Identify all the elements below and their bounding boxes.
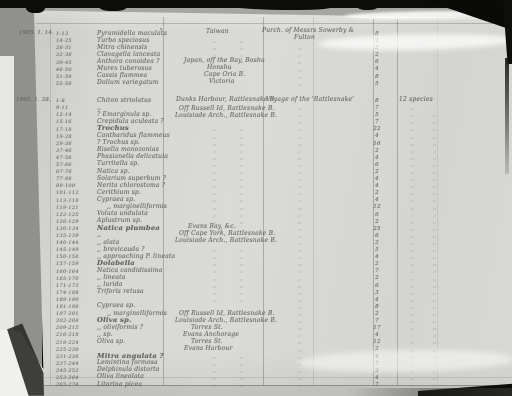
ditto-mark: ,,	[213, 142, 216, 148]
ditto-mark: ,,	[298, 113, 301, 119]
ditto-mark: ,,	[298, 149, 301, 155]
row-specimen-count: 2	[369, 38, 385, 44]
row-registration-range: 119-121	[56, 205, 79, 211]
ditto-mark: ,,	[298, 75, 301, 81]
ditto-mark: ,,	[433, 305, 436, 311]
ditto-mark: ,,	[433, 163, 436, 169]
ditto-mark: ,,	[240, 156, 243, 162]
ditto-mark: ,,	[411, 113, 414, 119]
row-specimen-count: 4	[369, 375, 385, 381]
ditto-mark: ,,	[240, 376, 243, 382]
row-specimen-count: 6	[369, 283, 385, 289]
row-specimen-count: 4	[369, 183, 385, 189]
ditto-mark: ,,	[411, 220, 414, 226]
ditto-mark: ,,	[433, 326, 436, 332]
ditto-mark: ,,	[298, 106, 301, 112]
locality-annotation: Purch. of Messrs Sowerby &	[262, 28, 354, 34]
ditto-mark: ,,	[411, 362, 414, 368]
ditto-mark: ,,	[411, 206, 414, 212]
row-specimen-count: 3	[369, 290, 385, 296]
row-species-name: Murex tuberosus	[97, 66, 152, 72]
row-specimen-count: 7	[369, 105, 385, 111]
ditto-mark: ,,	[433, 348, 436, 354]
ditto-mark: ,,	[213, 156, 216, 162]
row-registration-range: 174-188	[56, 290, 79, 296]
ditto-mark: ,,	[240, 298, 243, 304]
ditto-mark: ,,	[411, 305, 414, 311]
row-specimen-count: 4	[369, 254, 385, 260]
row-species-name: ,, alata	[97, 240, 119, 246]
row-species-name: Phasianella delicatula	[97, 154, 168, 160]
ditto-mark: ,,	[240, 170, 243, 176]
row-registration-range: 77-88	[56, 176, 72, 182]
ditto-mark: ,,	[411, 255, 414, 261]
ditto-mark: ,,	[240, 248, 243, 254]
row-specimen-count: 8	[369, 31, 385, 37]
row-specimen-count: 12	[369, 204, 385, 210]
row-species-name: Natica plumbea	[97, 225, 160, 231]
ditto-mark: ,,	[411, 319, 414, 325]
row-species-name: Cassis flammea	[97, 73, 147, 79]
ditto-mark: ,,	[411, 312, 414, 318]
ditto-mark: ,,	[411, 170, 414, 176]
row-species-name: Risella monozonias	[97, 147, 159, 153]
row-registration-range: 51-54	[56, 74, 72, 80]
ditto-mark: ,,	[240, 142, 243, 148]
ditto-mark: ,,	[298, 269, 301, 275]
ditto-mark: ,,	[411, 127, 414, 133]
ditto-mark: ,,	[240, 149, 243, 155]
row-registration-range: 191-196	[56, 304, 79, 310]
ditto-mark: ,,	[240, 355, 243, 361]
ditto-mark: ,,	[298, 298, 301, 304]
accession-number: 1905. 1. 28.	[16, 97, 51, 103]
ditto-mark: ,,	[433, 170, 436, 176]
ditto-mark: ,,	[433, 248, 436, 254]
row-species-name: Anthora conoidea ?	[97, 59, 160, 65]
ditto-mark: ,,	[213, 376, 216, 382]
row-species-name: Litorina picea	[97, 382, 142, 388]
ditto-mark: ,,	[213, 255, 216, 261]
row-registration-range: 253-264	[56, 375, 79, 381]
row-specimen-count: 4	[369, 176, 385, 182]
row-species-name: ,, lurida	[97, 282, 123, 288]
row-registration-range: 126-129	[56, 219, 79, 225]
row-species-name: Cerithium sp.	[97, 190, 141, 196]
ditto-mark: ,,	[411, 298, 414, 304]
row-specimen-count: 6	[369, 233, 385, 239]
row-specimen-count: 8	[369, 74, 385, 80]
row-specimen-count: 7	[369, 382, 385, 388]
row-species-name: Trochus	[97, 125, 129, 131]
row-species-name: ? Trochus sp.	[97, 140, 140, 146]
ditto-mark: ,,	[433, 184, 436, 190]
locality-annotation: Honshu	[207, 65, 232, 71]
row-registration-range: 237-244	[56, 361, 79, 367]
row-species-name: Chiton striolatus	[97, 98, 151, 104]
ditto-mark: ,,	[240, 39, 243, 45]
ditto-mark: ,,	[298, 376, 301, 382]
ditto-mark: ,,	[213, 198, 216, 204]
ditto-mark: ,,	[213, 46, 216, 52]
row-specimen-count: 2	[369, 261, 385, 267]
row-registration-range: 150-156	[56, 254, 79, 260]
row-species-name: Dolabella	[97, 260, 135, 266]
ditto-mark: ,,	[433, 376, 436, 382]
ditto-mark: ,,	[411, 213, 414, 219]
ditto-mark: ,,	[213, 206, 216, 212]
ditto-mark: ,,	[298, 383, 301, 389]
row-species-name: Pyramidella maculata	[97, 31, 167, 37]
row-registration-range: 14-25	[56, 38, 72, 44]
ditto-mark: ,,	[298, 46, 301, 52]
ditto-mark: ,,	[213, 127, 216, 133]
row-species-name: Cypraea sp.	[97, 197, 135, 203]
row-species-name: Voluta undulata	[97, 211, 148, 217]
row-registration-range: 189-190	[56, 297, 79, 303]
ditto-mark: ,,	[213, 213, 216, 219]
ditto-mark: ,,	[411, 284, 414, 290]
ditto-mark: ,,	[298, 184, 301, 190]
ditto-mark: ,,	[411, 135, 414, 141]
row-specimen-count: 2	[369, 219, 385, 225]
row-species-name: Natica sp.	[97, 169, 130, 175]
ditto-mark: ,,	[213, 383, 216, 389]
ditto-mark: ,,	[433, 234, 436, 240]
ditto-mark: ,,	[411, 227, 414, 233]
ditto-mark: ,,	[213, 362, 216, 368]
row-specimen-count: 12	[369, 339, 385, 345]
row-species-name: ,, brevicauda ?	[97, 247, 145, 253]
ditto-mark: ,,	[411, 248, 414, 254]
row-species-name: Mitra angulata ?	[97, 353, 164, 359]
ditto-mark: ,,	[411, 369, 414, 375]
row-registration-range: 46-50	[56, 67, 72, 73]
ditto-mark: ,,	[433, 291, 436, 297]
row-specimen-count: 2	[369, 148, 385, 154]
row-registration-range: 9-11	[56, 105, 68, 111]
ditto-mark: ,,	[433, 177, 436, 183]
row-registration-range: 57-66	[56, 162, 72, 168]
ditto-mark: ,,	[213, 369, 216, 375]
ditto-mark: ,,	[240, 369, 243, 375]
ditto-mark: ,,	[298, 277, 301, 283]
ditto-mark: ,,	[213, 191, 216, 197]
row-registration-range: 265-274	[56, 382, 79, 388]
ditto-mark: ,,	[240, 191, 243, 197]
locality-annotation: Louisiade Arch., Rattlesnake B.	[175, 238, 277, 244]
ditto-mark: ,,	[433, 135, 436, 141]
row-species-name: Oliva sp.	[97, 317, 132, 323]
row-registration-range: 130-134	[56, 226, 79, 232]
ditto-mark: ,,	[411, 340, 414, 346]
ditto-mark: ,,	[298, 82, 301, 88]
accession-number: 1905. 1. 14.	[19, 30, 54, 36]
ditto-mark: ,,	[240, 220, 243, 226]
ditto-mark: ,,	[433, 198, 436, 204]
row-specimen-count: 2	[369, 190, 385, 196]
ditto-mark: ,,	[298, 255, 301, 261]
row-specimen-count: 16	[369, 141, 385, 147]
row-specimen-count: 6	[369, 212, 385, 218]
ditto-mark: ,,	[298, 241, 301, 247]
ditto-mark: ,,	[411, 291, 414, 297]
handwriting-layer: 1905. 1. 14.1905. 1. 28.1-13Pyramidella …	[0, 0, 512, 396]
locality-annotation: Evans Harbour	[184, 346, 233, 352]
row-registration-range: 135-139	[56, 233, 79, 239]
ditto-mark: ,,	[411, 241, 414, 247]
ditto-mark: ,,	[240, 135, 243, 141]
row-species-name: ,, lineata	[97, 275, 126, 281]
ditto-mark: ,,	[240, 213, 243, 219]
row-specimen-count: 5	[369, 81, 385, 87]
ditto-mark: ,,	[433, 333, 436, 339]
ditto-mark: ,,	[433, 241, 436, 247]
row-specimen-count: 6	[369, 162, 385, 168]
locality-annotation: Victoria	[209, 79, 235, 85]
ditto-mark: ,,	[433, 277, 436, 283]
row-registration-range: 160-164	[56, 269, 79, 275]
ditto-mark: ,,	[433, 127, 436, 133]
row-specimen-count: 8	[369, 98, 385, 104]
ditto-mark: ,,	[213, 269, 216, 275]
ditto-mark: ,,	[213, 39, 216, 45]
row-species-name: Cantharidus flammeus	[97, 133, 170, 139]
ditto-mark: ,,	[240, 206, 243, 212]
row-registration-range: 47-56	[56, 155, 72, 161]
ditto-mark: ,,	[433, 227, 436, 233]
ditto-mark: ,,	[298, 206, 301, 212]
ditto-mark: ,,	[298, 291, 301, 297]
row-registration-range: 101-112	[56, 190, 79, 196]
ditto-mark: ,,	[411, 184, 414, 190]
ditto-mark: ,,	[411, 163, 414, 169]
ditto-mark: ,,	[298, 177, 301, 183]
ditto-mark: ,,	[298, 262, 301, 268]
row-registration-range: 219-224	[56, 340, 79, 346]
ditto-mark: ,,	[411, 198, 414, 204]
ditto-mark: ,,	[411, 120, 414, 126]
ditto-mark: ,,	[213, 184, 216, 190]
ditto-mark: ,,	[298, 348, 301, 354]
row-specimen-count: 5	[369, 247, 385, 253]
ditto-mark: ,,	[213, 277, 216, 283]
ditto-mark: ,,	[213, 262, 216, 268]
ditto-mark: ,,	[298, 234, 301, 240]
row-specimen-count: 22	[369, 126, 385, 132]
locality-annotation: x	[160, 26, 162, 32]
ditto-mark: ,,	[298, 312, 301, 318]
ditto-mark: ,,	[433, 206, 436, 212]
scanner-shadow-bottom-strip	[346, 388, 512, 396]
row-registration-range: 157-159	[56, 261, 79, 267]
scanner-shadow-tab-3	[357, 0, 378, 10]
ditto-mark: ,,	[433, 220, 436, 226]
ditto-mark: ,,	[213, 163, 216, 169]
row-registration-range: 202-208	[56, 318, 79, 324]
ditto-mark: ,,	[213, 149, 216, 155]
ditto-mark: ,,	[240, 198, 243, 204]
row-species-name: ,, sp.	[97, 332, 113, 338]
row-specimen-count: 8	[369, 304, 385, 310]
row-species-name: Delphinula distorta	[97, 367, 160, 373]
ditto-mark: ,,	[433, 255, 436, 261]
ditto-mark: ,,	[213, 248, 216, 254]
ditto-mark: ,,	[298, 142, 301, 148]
ditto-mark: ,,	[240, 46, 243, 52]
row-species-name: Oliva lineolata	[97, 374, 144, 380]
ditto-mark: ,,	[298, 163, 301, 169]
ditto-mark: ,,	[411, 142, 414, 148]
row-specimen-count: 2	[369, 240, 385, 246]
ditto-mark: ,,	[240, 262, 243, 268]
row-species-name: Cypraea sp.	[97, 303, 135, 309]
row-registration-range: 37-46	[56, 148, 72, 154]
row-specimen-count: 4	[369, 354, 385, 360]
row-specimen-count: 7	[369, 268, 385, 274]
ditto-mark: ,,	[411, 106, 414, 112]
ditto-mark: ,,	[298, 60, 301, 66]
ditto-mark: ,,	[298, 284, 301, 290]
row-registration-range: 67-76	[56, 169, 72, 175]
row-registration-range: 1-13	[56, 31, 68, 37]
row-registration-range: 55-58	[56, 81, 72, 87]
row-specimen-count: 4	[369, 197, 385, 203]
ditto-mark: ,,	[240, 291, 243, 297]
ditto-mark: ,,	[411, 156, 414, 162]
ditto-mark: ,,	[298, 68, 301, 74]
ditto-mark: ,,	[433, 362, 436, 368]
row-species-name: Solarium superbum ?	[97, 176, 166, 182]
ditto-mark: ,,	[411, 149, 414, 155]
ditto-mark: ,,	[433, 319, 436, 325]
ditto-mark: ,,	[298, 227, 301, 233]
row-registration-range: 197-201	[56, 311, 79, 317]
ditto-mark: ,,	[433, 142, 436, 148]
ditto-mark: ,,	[433, 191, 436, 197]
ditto-mark: ,,	[433, 113, 436, 119]
ditto-mark: ,,	[298, 120, 301, 126]
ditto-mark: ,,	[213, 170, 216, 176]
row-registration-range: 231-236	[56, 354, 79, 360]
row-registration-range: 1-8	[56, 98, 65, 104]
row-specimen-count: 5	[369, 112, 385, 118]
ditto-mark: ,,	[298, 170, 301, 176]
ditto-mark: ,,	[411, 355, 414, 361]
ditto-mark: ,,	[213, 284, 216, 290]
scanner-shadow-tab-2	[99, 0, 127, 11]
locality-annotation: Japan, off the Bay, Boshu	[184, 58, 265, 64]
ditto-mark: ,,	[240, 362, 243, 368]
ditto-mark: ,,	[213, 355, 216, 361]
row-specimen-count: 2	[369, 346, 385, 352]
ditto-mark: ,,	[298, 156, 301, 162]
row-registration-range: 171-173	[56, 283, 79, 289]
row-species-name: Nerita chlorostoma ?	[97, 183, 165, 189]
row-registration-range: 225-230	[56, 347, 79, 353]
row-species-name: ,,	[97, 105, 101, 111]
row-registration-range: 140-144	[56, 240, 79, 246]
ditto-mark: ,,	[240, 277, 243, 283]
ditto-mark: ,,	[213, 291, 216, 297]
ditto-mark: ,,	[240, 177, 243, 183]
locality-annotation: Cape Oria B.	[204, 72, 245, 78]
row-registration-range: 26-31	[56, 45, 72, 51]
ditto-mark: ,,	[411, 262, 414, 268]
row-specimen-count: 4	[369, 332, 385, 338]
row-specimen-count: 2	[369, 169, 385, 175]
row-specimen-count: 4	[369, 155, 385, 161]
ditto-mark: ,,	[298, 362, 301, 368]
ditto-mark: ,,	[411, 191, 414, 197]
ditto-mark: ,,	[411, 269, 414, 275]
ditto-mark: ,,	[240, 383, 243, 389]
row-registration-range: 145-149	[56, 247, 79, 253]
row-registration-range: 15-16	[56, 119, 72, 125]
ditto-mark: ,,	[298, 369, 301, 375]
row-specimen-count: 4	[369, 297, 385, 303]
row-specimen-count: 25	[369, 226, 385, 232]
ditto-mark: ,,	[298, 220, 301, 226]
ditto-mark: ,,	[213, 298, 216, 304]
row-registration-range: 19-28	[56, 134, 72, 140]
ditto-mark: ,,	[433, 312, 436, 318]
ditto-mark: ,,	[298, 355, 301, 361]
ditto-mark: ,,	[433, 213, 436, 219]
row-specimen-count: 2	[369, 275, 385, 281]
ditto-mark: ,,	[298, 340, 301, 346]
ditto-mark: ,,	[433, 120, 436, 126]
ditto-mark: ,,	[433, 269, 436, 275]
ditto-mark: ,,	[298, 135, 301, 141]
row-registration-range: 32-38	[56, 52, 72, 58]
row-specimen-count: 7	[369, 119, 385, 125]
row-species-name: Turbo speciosus	[97, 38, 149, 44]
row-specimen-count: 7	[369, 361, 385, 367]
ditto-mark: ,,	[433, 156, 436, 162]
row-species-name: Triforis retusa	[97, 289, 144, 295]
ditto-mark: ,,	[411, 348, 414, 354]
row-registration-range: 17-18	[56, 127, 72, 133]
row-specimen-count: 3	[369, 45, 385, 51]
row-species-name: Dolium variegatum	[97, 80, 159, 86]
row-registration-range: 216-218	[56, 332, 79, 338]
ditto-mark: ,,	[240, 127, 243, 133]
row-species-name: ,, marginelliformis	[107, 204, 167, 210]
ditto-mark: ,,	[298, 326, 301, 332]
row-species-name: Turritella sp.	[97, 161, 139, 167]
row-species-name: Natica candidissima	[97, 268, 162, 274]
row-registration-range: 122-125	[56, 212, 79, 218]
row-specimen-count: 17	[369, 325, 385, 331]
row-specimen-count: 7	[369, 318, 385, 324]
ditto-mark: ,,	[298, 213, 301, 219]
row-species-name: ? Emarginula sp.	[97, 112, 152, 118]
scanned-register-page: 1905. 1. 14.1905. 1. 28.1-13Pyramidella …	[0, 0, 512, 396]
locality-annotation: Taiwan	[206, 29, 229, 35]
scanner-shadow-tab-1	[26, 0, 45, 13]
row-registration-range: 89-100	[56, 183, 75, 189]
ditto-mark: ,,	[411, 177, 414, 183]
row-specimen-count: 2	[369, 311, 385, 317]
ditto-mark: ,,	[433, 262, 436, 268]
row-specimen-count: 2	[369, 52, 385, 58]
ditto-mark: ,,	[433, 298, 436, 304]
ditto-mark: ,,	[240, 255, 243, 261]
row-species-name: Clavagella lanceata	[97, 52, 160, 58]
ditto-mark: ,,	[298, 53, 301, 59]
ditto-mark: ,,	[240, 269, 243, 275]
